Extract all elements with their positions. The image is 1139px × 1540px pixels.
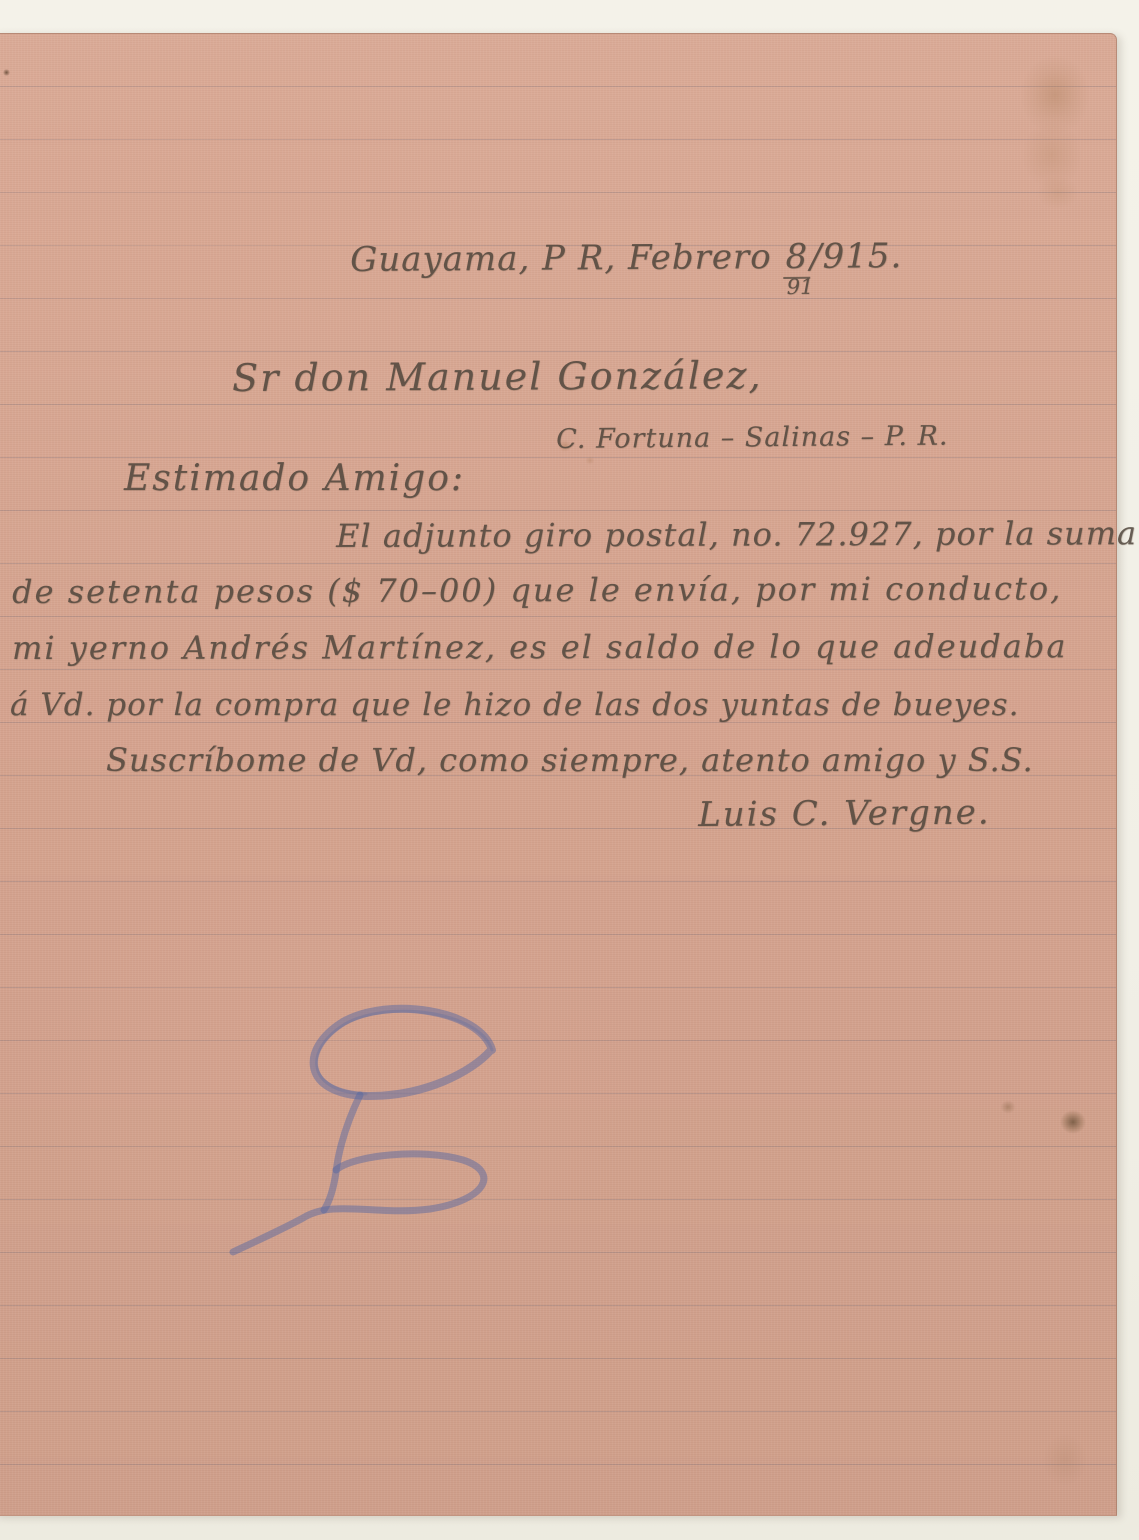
dateline-day-note: 91	[787, 274, 814, 299]
letter-closing-line: Suscríbome de Vd, como siempre, atento a…	[106, 741, 1034, 779]
letter-recipient-line: Sr don Manuel González,	[232, 353, 763, 400]
letter-body-line-1: El adjunto giro postal, no. 72.927, por …	[336, 514, 1137, 555]
letter-signature: Luis C. Vergne.	[698, 792, 991, 835]
letter-body-line-2: de setenta pesos ($ 70–00) que le envía,…	[12, 569, 1062, 611]
dateline-place: Guayama, P R, Febrero	[350, 237, 784, 280]
dateline-year: /915.	[810, 236, 902, 277]
letter-dateline: Guayama, P R, Febrero 891/915.	[350, 236, 902, 280]
scanned-letter-page: Guayama, P R, Febrero 891/915. Sr don Ma…	[0, 0, 1139, 1540]
dateline-day-fraction: 891	[783, 237, 810, 277]
letter-body-line-4: á Vd. por la compra que le hizo de las d…	[10, 687, 1019, 723]
letter-body-line-3: mi yerno Andrés Martínez, es el saldo de…	[12, 627, 1067, 667]
letter-salutation-line: Estimado Amigo:	[124, 458, 465, 499]
letter-recipient-address-line: C. Fortuna – Salinas – P. R.	[556, 421, 949, 455]
